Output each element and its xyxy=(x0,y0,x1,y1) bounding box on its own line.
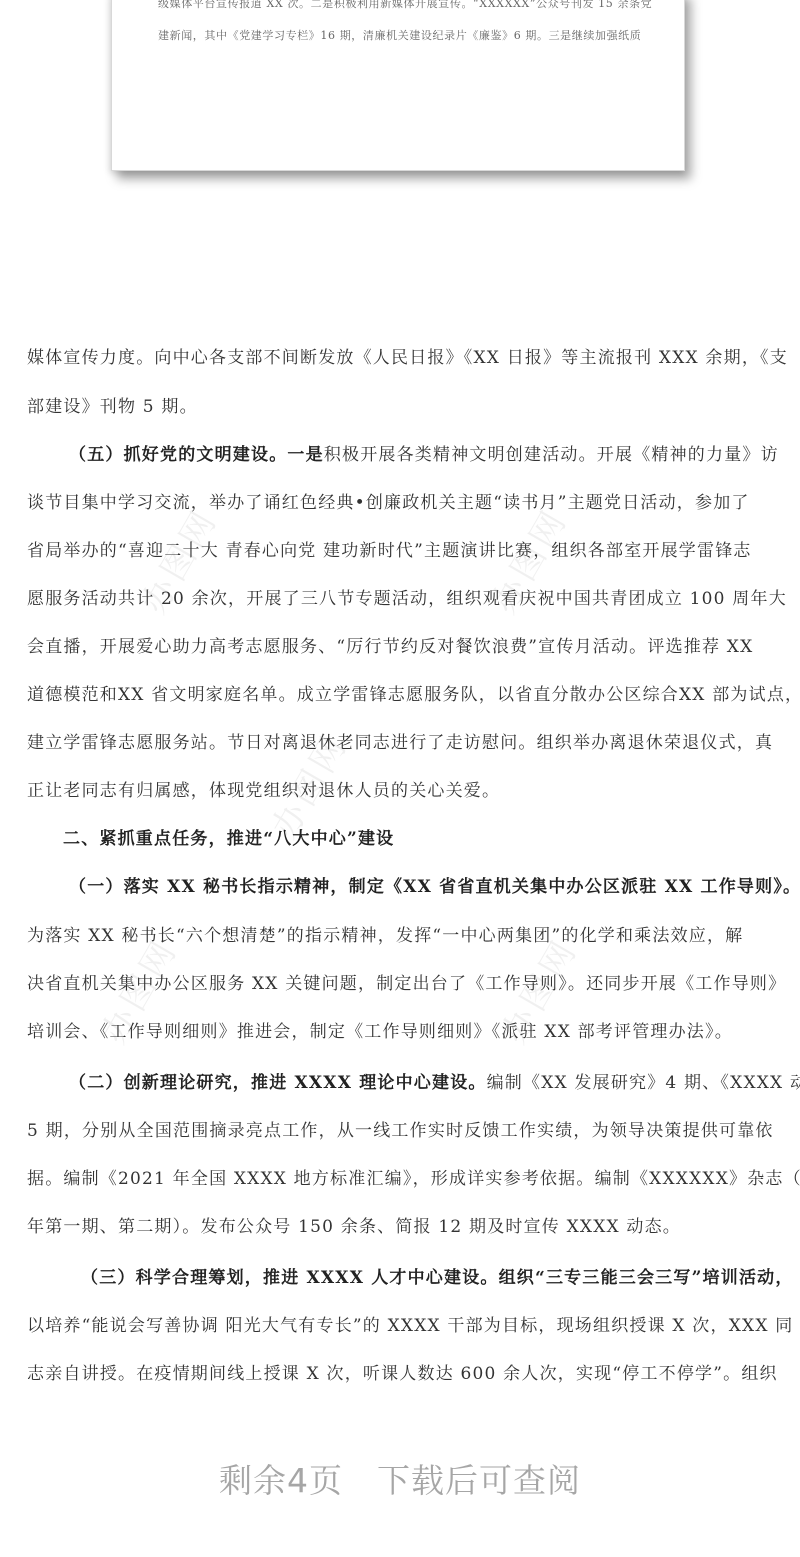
text-line: 愿服务活动共计 20 余次，开展了三八节专题活动，组织观看庆祝中国共青团成立 1… xyxy=(27,587,787,611)
text-line: 部建设》刊物 5 期。 xyxy=(27,395,198,419)
preview-line: 建新闻，其中《党建学习专栏》16 期，清廉机关建设纪录片《廉鉴》6 期。三是继续… xyxy=(158,27,641,43)
remaining-pages-label: 剩余4页 xyxy=(219,1461,343,1500)
text-line: 会直播，开展爱心助力高考志愿服务、“厉行节约反对餐饮浪费”宣传月活动。评选推荐 … xyxy=(27,635,753,659)
paragraph-first-line: （二）创新理论研究，推进 XXXX 理论中心建设。编制《XX 发展研究》4 期、… xyxy=(69,1071,800,1095)
paragraph-text: 积极开展各类精神文明创建活动。开展《精神的力量》访 xyxy=(324,445,779,465)
text-line: 省局举办的“喜迎二十大 青春心向党 建功新时代”主题演讲比赛，组织各部室开展学雷… xyxy=(27,539,752,563)
text-line: 年第一期、第二期）。发布公众号 150 余条、简报 12 期及时宣传 XXXX … xyxy=(27,1215,681,1239)
paragraph-first-line: （五）抓好党的文明建设。一是积极开展各类精神文明创建活动。开展《精神的力量》访 xyxy=(69,443,779,467)
text-line: 为落实 XX 秘书长“六个想清楚”的指示精神，发挥“一中心两集团”的化学和乘法效… xyxy=(27,924,743,948)
text-line: 5 期，分别从全国范围摘录亮点工作，从一线工作实时反馈工作实绩，为领导决策提供可… xyxy=(27,1119,774,1143)
text-line: 道德模范和XX 省文明家庭名单。成立学雷锋志愿服务队，以省直分散办公区综合XX … xyxy=(27,683,800,707)
text-line: 志亲自讲授。在疫情期间线上授课 X 次，听课人数达 600 余人次，实现“停工不… xyxy=(27,1362,778,1386)
paragraph-lead-bold: （五）抓好党的文明建设。一是 xyxy=(69,445,324,465)
paragraph-lead-bold: （二）创新理论研究，推进 XXXX 理论中心建设。 xyxy=(69,1073,487,1093)
text-line: 正让老同志有归属感，体现党组织对退休人员的关心关爱。 xyxy=(27,779,500,803)
text-line: 以培养“能说会写善协调 阳光大气有专长”的 XXXX 干部为目标，现场组织授课 … xyxy=(27,1314,793,1338)
section-heading: 二、紧抓重点任务，推进“八大中心”建设 xyxy=(63,827,394,851)
text-line: 据。编制《2021 年全国 XXXX 地方标准汇编》，形成详实参考依据。编制《X… xyxy=(27,1167,800,1191)
remaining-pages-banner[interactable]: 剩余4页下载后可查阅 xyxy=(0,1455,800,1502)
text-line: 培训会、《工作导则细则》推进会，制定《工作导则细则》《派驻 XX 部考评管理办法… xyxy=(27,1020,733,1044)
paragraph-lead-bold: （三）科学合理筹划，推进 XXXX 人才中心建设。组织“三专三能三会三写”培训活… xyxy=(81,1266,794,1290)
text-line: 决省直机关集中办公区服务 XX 关键问题，制定出台了《工作导则》。还同步开展《工… xyxy=(27,972,786,996)
page-preview-card: 级媒体平台宣传报道 XX 次。二是积极利用新媒体开展宣传。“XXXXXX”公众号… xyxy=(111,0,685,171)
paragraph-text: 编制《XX 发展研究》4 期、《XXXX 动态》 xyxy=(487,1073,800,1093)
text-line: 谈节目集中学习交流，举办了诵红色经典•创廉政机关主题“读书月”主题党日活动，参加… xyxy=(27,491,750,515)
paragraph-lead-bold: （一）落实 XX 秘书长指示精神，制定《XX 省省直机关集中办公区派驻 XX 工… xyxy=(69,875,800,899)
preview-line: 级媒体平台宣传报道 XX 次。二是积极利用新媒体开展宣传。“XXXXXX”公众号… xyxy=(158,0,652,11)
text-line: 媒体宣传力度。向中心各支部不间断发放《人民日报》《XX 日报》等主流报刊 XXX… xyxy=(27,346,788,370)
download-hint-label: 下载后可查阅 xyxy=(377,1461,581,1500)
text-line: 建立学雷锋志愿服务站。节日对离退休老同志进行了走访慰问。组织举办离退休荣退仪式，… xyxy=(27,731,773,755)
